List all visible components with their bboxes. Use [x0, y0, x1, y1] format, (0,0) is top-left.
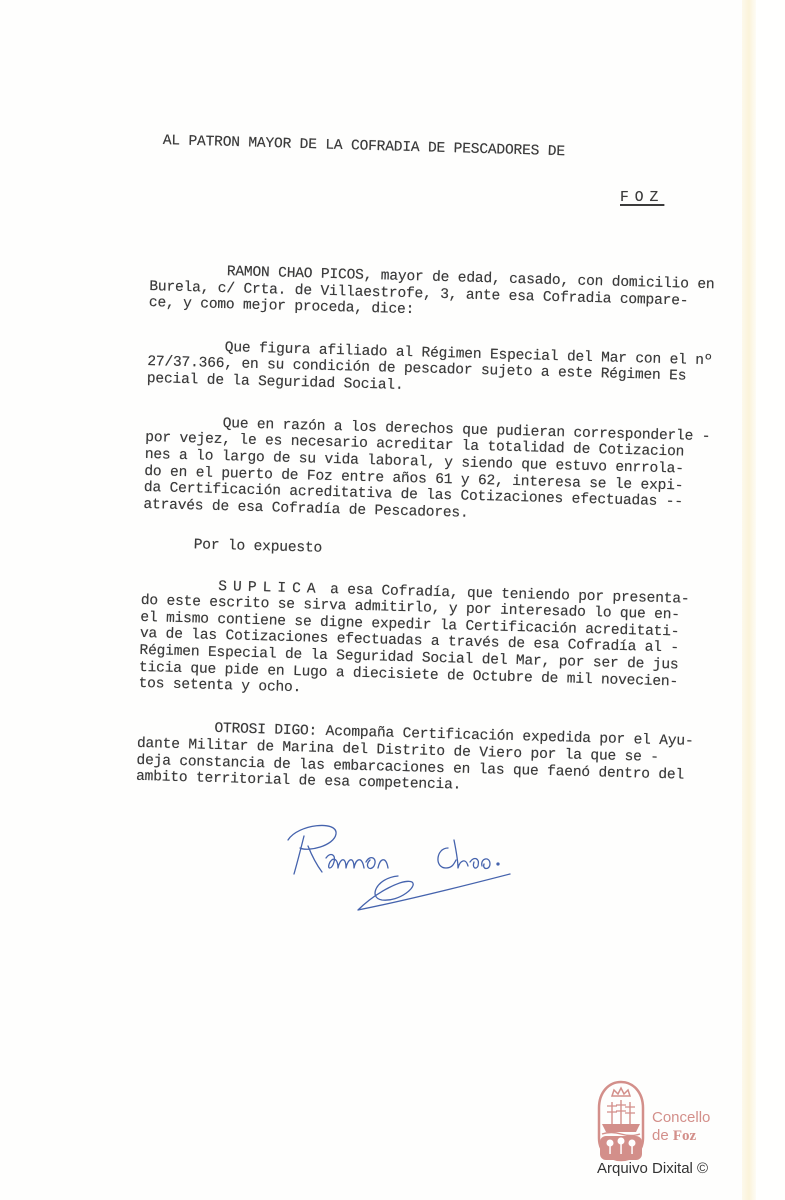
- wordmark-prefix: de: [652, 1127, 673, 1144]
- wordmark-line2: de Foz: [652, 1127, 710, 1145]
- concello-de-foz-crest-icon: [596, 1080, 646, 1162]
- concello-de-foz-wordmark: Concello de Foz: [652, 1109, 710, 1145]
- scan-background: [756, 0, 785, 1200]
- wordmark-foz: Foz: [673, 1128, 696, 1144]
- wordmark-line1: Concello: [652, 1109, 710, 1127]
- paper-edge: [742, 0, 756, 1200]
- handwritten-signature: [278, 812, 528, 922]
- archive-label: Arquivo Dixital ©: [597, 1160, 708, 1177]
- addressee-place: FOZ: [620, 190, 664, 206]
